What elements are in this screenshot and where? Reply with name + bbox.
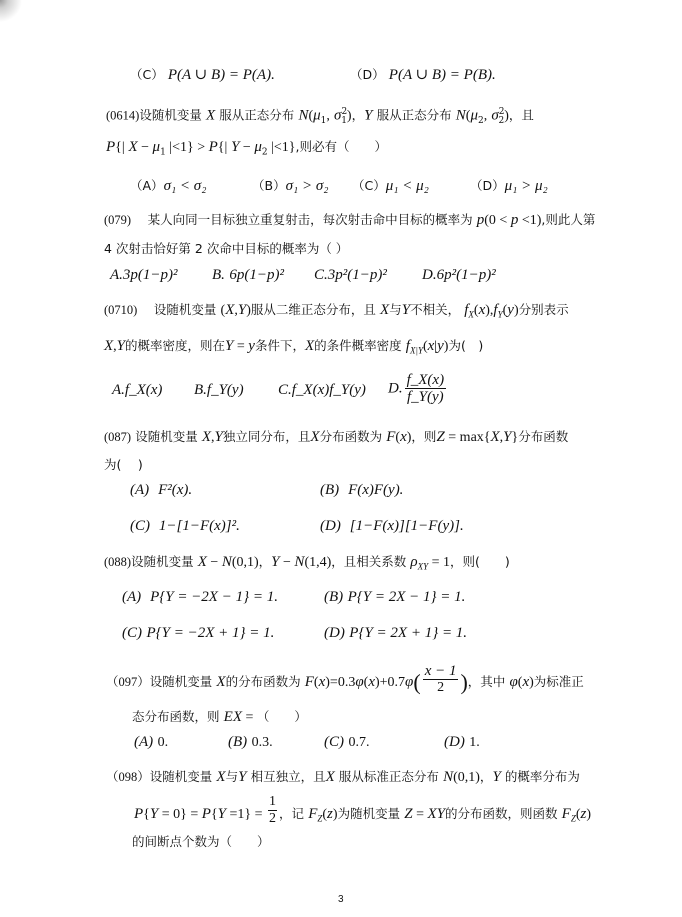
option-expr: F(x)F(y).	[348, 482, 403, 498]
question-079-option-b: B. 6p(1−p)²	[212, 266, 284, 284]
option-expr: P{Y = 2X − 1} = 1.	[348, 589, 466, 605]
question-0710-option-b: B.f_Y(y)	[194, 381, 244, 399]
text: 设随机变量	[139, 107, 202, 122]
option-expr: 1−[1−F(x)]².	[159, 518, 240, 534]
text: 的分布函数，则函数	[445, 806, 558, 821]
question-id: （098）	[106, 770, 150, 784]
question-id: (088)	[104, 555, 131, 569]
option-label: （D）	[350, 67, 385, 82]
option-label: (D)	[320, 518, 341, 534]
question-id: (0710)	[104, 303, 137, 317]
option-expr: 0.3.	[252, 735, 273, 750]
text: 为( )	[104, 457, 143, 472]
option-expr: 1.	[469, 735, 480, 750]
question-0614-line1: (0614)设随机变量 X 服从正态分布 N(μ1, σ21)，Y 服从正态分布…	[106, 103, 534, 130]
text: 与	[226, 769, 239, 784]
option-label: D.	[388, 381, 403, 397]
text: ，记	[279, 806, 304, 821]
text: 与	[389, 302, 402, 317]
option-label: (A)	[122, 589, 141, 605]
question-087-option-b: (B) F(x)F(y).	[320, 481, 403, 499]
question-0614-option-d: （D）μ₁ > μ₂	[470, 177, 548, 195]
text: ，	[259, 554, 272, 569]
text: ，	[480, 769, 493, 784]
option-expr: 0.	[158, 735, 169, 750]
question-0710-option-d: D.f_X(x)f_Y(y)	[388, 372, 448, 405]
text: 态分布函数，则	[132, 709, 220, 724]
option-expr: 6p(1−p)²	[229, 267, 284, 283]
option-label: (B)	[228, 734, 247, 750]
text: 为标准正	[534, 674, 584, 689]
question-079-line2: 4 次射击恰好第 2 次命中目标的概率为（ ）	[104, 240, 348, 259]
fraction-numerator: f_X(x)	[405, 372, 446, 389]
text: 分布函数为	[320, 429, 383, 444]
question-088-option-b: (B) P{Y = 2X − 1} = 1.	[324, 588, 465, 606]
option-label: (A)	[134, 734, 153, 750]
question-097-option-b: (B) 0.3.	[228, 733, 273, 752]
question-087-option-c: (C) 1−[1−F(x)]².	[130, 517, 240, 535]
question-id: （097）	[106, 675, 150, 689]
question-097-line2: 态分布函数，则 EX = （ ）	[132, 708, 307, 727]
text: 相互独立，且	[251, 769, 326, 784]
option-label: A.	[110, 267, 123, 283]
text: 分别表示	[519, 302, 569, 317]
option-label: B.	[194, 382, 207, 398]
option-label: B.	[212, 267, 225, 283]
option-expr: σ₁ < σ₂	[164, 178, 207, 194]
text: 的概率密度，则在	[125, 338, 225, 353]
question-0710-line2: X,Y的概率密度，则在Y = y条件下，X的条件概率密度 fX|Y(x|y)为(…	[104, 337, 483, 360]
question-098-line3: 的间断点个数为（ ）	[132, 833, 270, 852]
question-088-option-d: (D) P{Y = 2X + 1} = 1.	[324, 624, 467, 642]
text: ，其中	[468, 674, 506, 689]
carryover-option-d: （D） P(A ∪ B) = P(B).	[350, 66, 496, 85]
option-label: (D)	[444, 734, 465, 750]
question-0710-line1: (0710) 设随机变量 (X,Y)服从二维正态分布，且 X与Y不相关， fX(…	[104, 301, 569, 324]
text: ，且相关系数	[331, 554, 406, 569]
option-expr: 6p²(1−p)²	[437, 267, 496, 283]
question-id: (079)	[104, 213, 131, 227]
option-label: (C)	[130, 518, 150, 534]
option-expr: P{Y = 2X + 1} = 1.	[349, 625, 467, 641]
option-expr: P(A ∪ B) = P(B).	[389, 67, 496, 83]
text: ，则( )	[450, 554, 510, 569]
text: ，	[352, 107, 365, 122]
text: 设随机变量	[135, 429, 198, 444]
text: 服从正态分布	[377, 107, 452, 122]
option-expr: P(A ∪ B) = P(A).	[168, 67, 275, 83]
option-expr: 3p(1−p)²	[123, 267, 178, 283]
carryover-option-c: （C） P(A ∪ B) = P(A).	[130, 66, 275, 85]
option-label: (C)	[122, 625, 142, 641]
text: ，且	[509, 107, 534, 122]
fraction-denominator: f_Y(y)	[405, 389, 446, 405]
option-expr: 0.7.	[348, 735, 369, 750]
question-0614-option-c: （C）μ₁ < μ₂	[352, 177, 429, 195]
text: 不相关，	[410, 302, 460, 317]
option-expr: 3p²(1−p)²	[328, 267, 387, 283]
question-id: (087)	[104, 430, 131, 444]
question-079-line1: (079) 某人向同一目标独立重复射击，每次射击命中目标的概率为 p(0 < p…	[104, 211, 595, 230]
scan-shadow	[0, 0, 26, 26]
text: 的分布函数为	[226, 674, 301, 689]
option-label: (B)	[324, 589, 343, 605]
question-097-option-d: (D) 1.	[444, 733, 480, 752]
text: 4 次射击恰好第 2 次命中目标的概率为（ ）	[104, 241, 348, 256]
question-087-line2: 为( )	[104, 456, 143, 475]
option-label: (B)	[320, 482, 339, 498]
option-label: (D)	[324, 625, 345, 641]
question-098-line1: （098）设随机变量 X与Y 相互独立，且X 服从标准正态分布 N(0,1)，Y…	[106, 768, 580, 787]
option-expr: σ₁ > σ₂	[286, 178, 329, 194]
text: ，则	[411, 429, 436, 444]
text: （ ）	[257, 709, 307, 724]
text: 服从正态分布	[219, 107, 294, 122]
question-id: (0614)	[106, 108, 139, 122]
text: ,则必有（ ）	[296, 139, 387, 154]
text: 设随机变量	[150, 769, 213, 784]
question-079-option-d: D.6p²(1−p)²	[422, 266, 496, 284]
text: 某人向同一目标独立重复射击，每次射击命中目标的概率为	[148, 212, 473, 227]
text: 设随机变量	[131, 554, 194, 569]
text: 为随机变量	[338, 806, 401, 821]
question-079-option-c: C.3p²(1−p)²	[314, 266, 387, 284]
question-0710-option-a: A.f_X(x)	[112, 381, 162, 399]
question-087-option-d: (D) [1−F(x)][1−F(y)].	[320, 517, 464, 535]
text: 的间断点个数为（ ）	[132, 834, 270, 849]
text: 的条件概率密度	[314, 338, 402, 353]
option-expr: [1−F(x)][1−F(y)].	[350, 518, 464, 534]
page-number: 3	[338, 894, 344, 905]
option-expr: f_X(x)f_Y(y)	[292, 382, 366, 398]
text: ,则此人第	[541, 212, 595, 227]
text: 服从标准正态分布	[339, 769, 439, 784]
option-expr: f_X(x)	[125, 382, 162, 398]
question-079-option-a: A.3p(1−p)²	[110, 266, 178, 284]
option-label: (C)	[324, 734, 344, 750]
question-088-option-c: (C) P{Y = −2X + 1} = 1.	[122, 624, 274, 642]
option-expr: P{Y = −2X − 1} = 1.	[150, 589, 278, 605]
text: 设随机变量	[154, 302, 217, 317]
option-expr: μ₁ < μ₂	[386, 178, 429, 194]
question-0614-line2: P{| X − μ1 |<1} > P{| Y − μ2 |<1},则必有（ ）	[106, 138, 387, 162]
question-098-line2: P{Y = 0} = P{Y =1} = 12，记 FZ(z)为随机变量 Z =…	[134, 802, 591, 828]
text: 的概率分布为	[505, 769, 580, 784]
option-expr: P{Y = −2X + 1} = 1.	[146, 625, 274, 641]
option-expr: F²(x).	[158, 482, 192, 498]
question-097-option-a: (A) 0.	[134, 733, 168, 752]
option-expr: f_Y(y)	[207, 382, 244, 398]
option-label: （B）	[252, 178, 286, 193]
question-088-option-a: (A) P{Y = −2X − 1} = 1.	[122, 588, 278, 606]
option-label: （C）	[130, 67, 164, 82]
text: 条件下，	[255, 338, 305, 353]
option-label: C.	[314, 267, 328, 283]
option-label: (A)	[130, 482, 149, 498]
question-097-option-c: (C) 0.7.	[324, 733, 369, 752]
text: 服从二维正态分布，且	[251, 302, 376, 317]
option-label: A.	[112, 382, 125, 398]
text: 为( )	[448, 338, 483, 353]
question-097-line1: （097）设随机变量 X的分布函数为 F(x)=0.3φ(x)+0.7φ(x −…	[106, 669, 584, 696]
question-088-line1: (088)设随机变量 X − N(0,1)，Y − N(1,4)，且相关系数 ρ…	[104, 553, 510, 576]
fraction: f_X(x)f_Y(y)	[405, 372, 446, 405]
question-087-option-a: (A) F²(x).	[130, 481, 192, 499]
option-label: D.	[422, 267, 437, 283]
question-087-line1: (087) 设随机变量 X,Y独立同分布，且X分布函数为 F(x)，则Z = m…	[104, 428, 568, 447]
question-0710-option-c: C.f_X(x)f_Y(y)	[278, 381, 366, 399]
question-0614-option-a: （A）σ₁ < σ₂	[130, 177, 206, 195]
option-label: （D）	[470, 178, 505, 193]
option-label: （C）	[352, 178, 386, 193]
text: 设随机变量	[150, 674, 213, 689]
option-label: （A）	[130, 178, 164, 193]
option-expr: μ₁ > μ₂	[505, 178, 548, 194]
option-label: C.	[278, 382, 292, 398]
text: 分布函数	[518, 429, 568, 444]
question-0614-option-b: （B）σ₁ > σ₂	[252, 177, 328, 195]
text: 独立同分布，且	[223, 429, 311, 444]
